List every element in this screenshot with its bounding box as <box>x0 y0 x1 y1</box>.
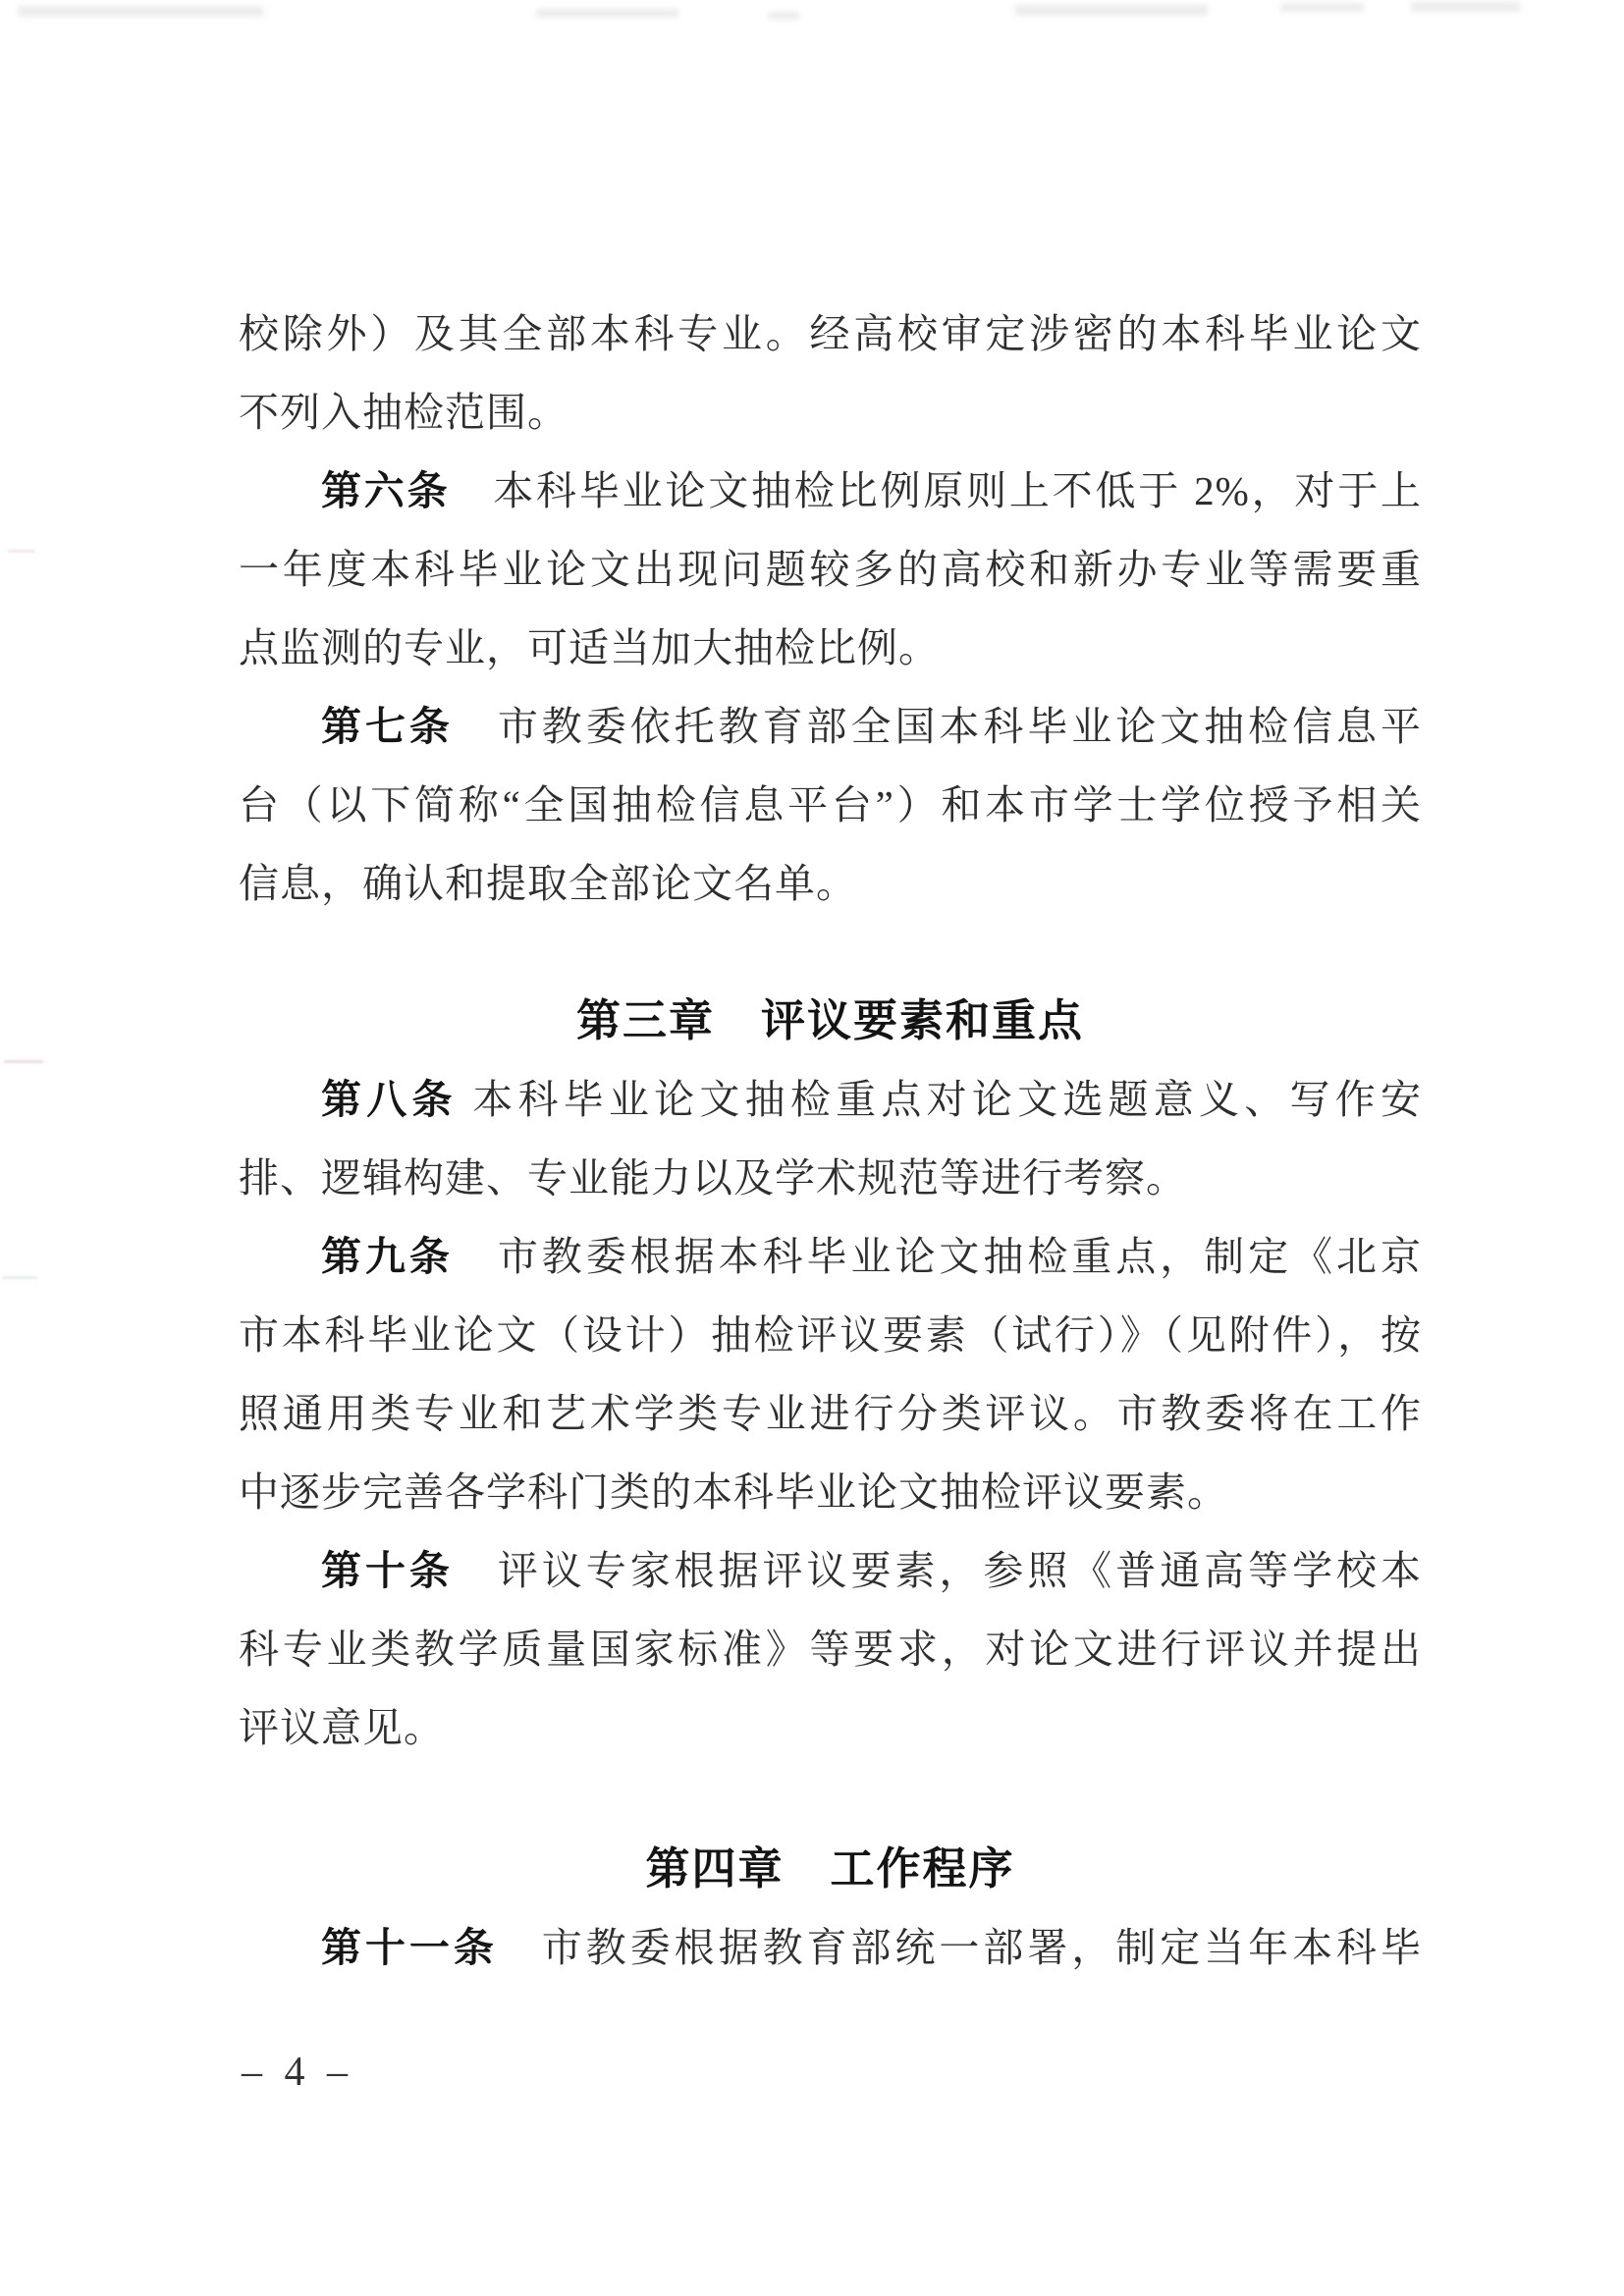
scan-artifact <box>1015 5 1208 16</box>
scan-artifact <box>8 550 35 553</box>
body-line: 排、逻辑构建、专业能力以及学术规范等进行考察。 <box>239 1139 1422 1217</box>
body-line: 评议意见。 <box>239 1688 1422 1767</box>
article-number-label: 第九条 <box>321 1234 454 1279</box>
article-number-label: 第十条 <box>321 1548 454 1593</box>
scan-artifact <box>4 1060 43 1063</box>
document-page: 校除外）及其全部本科专业。经高校审定涉密的本科毕业论文 不列入抽检范围。 第六条… <box>0 0 1624 2296</box>
body-line: 市本科毕业论文（设计）抽检评议要素（试行）》（见附件），按 <box>239 1296 1422 1374</box>
body-line: 第七条 市教委依托教育部全国本科毕业论文抽检信息平 <box>239 687 1422 766</box>
scan-artifact <box>768 12 799 20</box>
body-line: 信息，确认和提取全部论文名单。 <box>239 844 1422 923</box>
body-line: 不列入抽检范围。 <box>239 373 1422 452</box>
article-number-label: 第七条 <box>321 704 454 749</box>
scan-artifact <box>18 6 263 17</box>
article-number-label: 第十一条 <box>321 1925 498 1970</box>
article-number-label: 第六条 <box>321 468 450 513</box>
scan-artifact <box>536 9 678 18</box>
chapter-3-heading: 第三章 评议要素和重点 <box>239 982 1422 1060</box>
body-line: 照通用类专业和艺术学类专业进行分类评议。市教委将在工作 <box>239 1374 1422 1453</box>
body-line: 第十一条 市教委根据教育部统一部署，制定当年本科毕 <box>239 1908 1422 1987</box>
scan-artifact <box>1411 2 1520 12</box>
body-text: 市教委依托教育部全国本科毕业论文抽检信息平 <box>454 704 1422 749</box>
body-text: 市教委根据教育部统一部署，制定当年本科毕 <box>498 1925 1422 1970</box>
document-body: 校除外）及其全部本科专业。经高校审定涉密的本科毕业论文 不列入抽检范围。 第六条… <box>239 294 1422 1987</box>
body-text: 市教委根据本科毕业论文抽检重点，制定《北京 <box>454 1234 1422 1279</box>
body-line: 中逐步完善各学科门类的本科毕业论文抽检评议要素。 <box>239 1453 1422 1531</box>
body-line: 科专业类教学质量国家标准》等要求，对论文进行评议并提出 <box>239 1610 1422 1688</box>
body-line: 校除外）及其全部本科专业。经高校审定涉密的本科毕业论文 <box>239 294 1422 373</box>
scan-artifact <box>1280 3 1364 12</box>
body-text: 本科毕业论文抽检比例原则上不低于 2%，对于上 <box>450 468 1422 513</box>
body-line: 台（以下简称“全国抽检信息平台”）和本市学士学位授予相关 <box>239 766 1422 844</box>
scan-artifact <box>2 1276 37 1279</box>
body-line: 一年度本科毕业论文出现问题较多的高校和新办专业等需要重 <box>239 530 1422 609</box>
chapter-4-heading: 第四章 工作程序 <box>239 1830 1422 1908</box>
body-line: 第十条 评议专家根据评议要素，参照《普通高等学校本 <box>239 1531 1422 1610</box>
body-line: 第六条 本科毕业论文抽检比例原则上不低于 2%，对于上 <box>239 452 1422 530</box>
article-number-label: 第八条 <box>321 1077 458 1122</box>
page-number: – 4 – <box>242 2052 353 2093</box>
body-line: 第九条 市教委根据本科毕业论文抽检重点，制定《北京 <box>239 1217 1422 1296</box>
body-text: 本科毕业论文抽检重点对论文选题意义、写作安 <box>458 1077 1422 1122</box>
body-line: 点监测的专业，可适当加大抽检比例。 <box>239 609 1422 687</box>
body-line: 第八条 本科毕业论文抽检重点对论文选题意义、写作安 <box>239 1060 1422 1139</box>
body-text: 评议专家根据评议要素，参照《普通高等学校本 <box>454 1548 1422 1593</box>
